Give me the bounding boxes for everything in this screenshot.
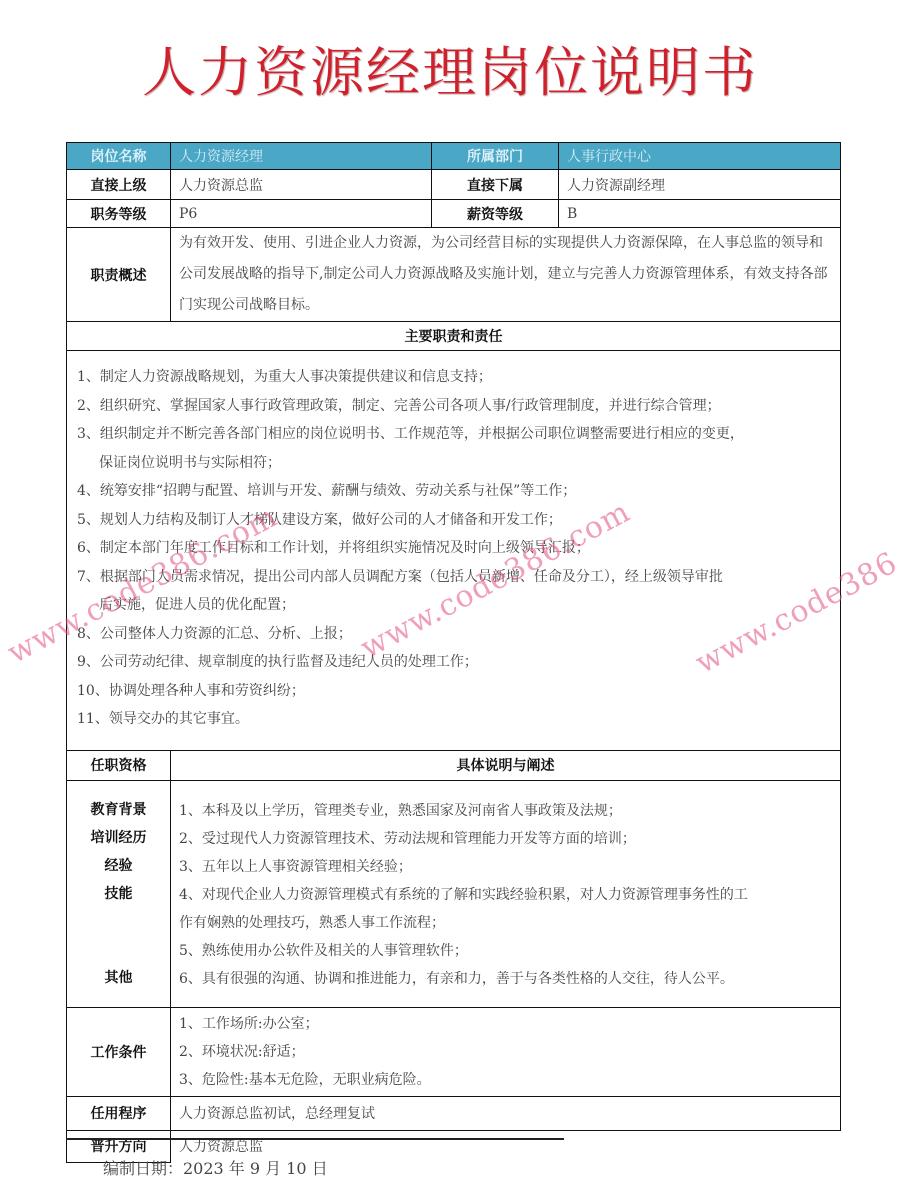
label-education: 教育背景 xyxy=(67,796,170,824)
direct-superior-value: 人力资源总监 xyxy=(171,170,432,200)
row-superior: 直接上级 人力资源总监 直接下属 人力资源副经理 xyxy=(67,170,841,200)
qualifications-header-right: 具体说明与阐述 xyxy=(171,750,841,780)
qualification-item: 4、对现代企业人力资源管理模式有系统的了解和实践经验积累，对人力资源管理事务性的… xyxy=(179,881,832,909)
label-skills: 技能 xyxy=(67,880,170,908)
duty-item: 2、组织研究、掌握国家人事行政管理政策，制定、完善公司各项人事/行政管理制度，并… xyxy=(77,392,830,421)
salary-grade-value: B xyxy=(559,200,841,228)
row-summary: 职责概述 为有效开发、使用、引进企业人力资源，为公司经营目标的实现提供人力资源保… xyxy=(67,228,841,322)
row-qualifications: 教育背景 培训经历 经验 技能 其他 1、本科及以上学历，管理类专业，熟悉国家及… xyxy=(67,780,841,1007)
hiring-procedure-label: 任用程序 xyxy=(67,1096,171,1130)
job-description-table: 岗位名称 人力资源经理 所属部门 人事行政中心 直接上级 人力资源总监 直接下属… xyxy=(66,142,841,1163)
qualifications-header-left: 任职资格 xyxy=(67,750,171,780)
duty-item: 10、协调处理各种人事和劳资纠纷； xyxy=(77,677,830,706)
duty-continuation-text: 后实施，促进人员的优化配置； xyxy=(77,591,830,620)
department-value: 人事行政中心 xyxy=(559,143,841,170)
label-other: 其他 xyxy=(67,964,170,992)
duty-item: 3、组织制定并不断完善各部门相应的岗位说明书、工作规范等，并根据公司职位调整需要… xyxy=(77,420,830,449)
duty-item: 1、制定人力资源战略规划，为重大人事决策提供建议和信息支持； xyxy=(77,363,830,392)
job-grade-label: 职务等级 xyxy=(67,200,171,228)
row-qualifications-header: 任职资格 具体说明与阐述 xyxy=(67,750,841,780)
duty-item: 7、根据部门人员需求情况，提出公司内部人员调配方案（包括人员新增、任命及分工），… xyxy=(77,563,830,592)
duty-continuation-text: 保证岗位说明书与实际相符； xyxy=(77,449,830,478)
qualification-item: 5、熟练使用办公软件及相关的人事管理软件； xyxy=(179,937,832,965)
duty-item: 8、公司整体人力资源的汇总、分析、上报； xyxy=(77,620,830,649)
work-condition-item: 3、危险性:基本无危险，无职业病危险。 xyxy=(179,1066,832,1094)
label-training: 培训经历 xyxy=(67,824,170,852)
footer-divider xyxy=(66,1138,564,1140)
label-experience: 经验 xyxy=(67,852,170,880)
duty-item-continuation: 保证岗位说明书与实际相符； xyxy=(77,449,830,478)
work-conditions-list: 1、工作场所:办公室； 2、环境状况:舒适； 3、危险性:基本无危险，无职业病危… xyxy=(171,1007,841,1096)
duty-item: 6、制定本部门年度工作目标和工作计划，并将组织实施情况及时向上级领导汇报； xyxy=(77,534,830,563)
duty-item: 11、领导交办的其它事宜。 xyxy=(77,705,830,734)
summary-label: 职责概述 xyxy=(67,228,171,322)
position-name-label: 岗位名称 xyxy=(67,143,171,170)
qualification-item: 3、五年以上人事资源管理相关经验； xyxy=(179,853,832,881)
duty-item: 4、统筹安排“招聘与配置、培训与开发、薪酬与绩效、劳动关系与社保”等工作； xyxy=(77,477,830,506)
row-hiring-procedure: 任用程序 人力资源总监初试，总经理复试 xyxy=(67,1096,841,1130)
duties-title: 主要职责和责任 xyxy=(67,322,841,351)
qualification-item: 6、具有很强的沟通、协调和推进能力，有亲和力，善于与各类性格的人交往，待人公平。 xyxy=(179,965,832,993)
position-name-value: 人力资源经理 xyxy=(171,143,432,170)
qualification-item: 1、本科及以上学历，管理类专业，熟悉国家及河南省人事政策及法规； xyxy=(179,797,832,825)
job-grade-value: P6 xyxy=(171,200,432,228)
salary-grade-label: 薪资等级 xyxy=(432,200,559,228)
row-duties-title: 主要职责和责任 xyxy=(67,322,841,351)
duty-item-continuation: 后实施，促进人员的优化配置； xyxy=(77,591,830,620)
label-spacer xyxy=(67,908,170,964)
compile-date: 编制日期：2023 年 9 月 10 日 xyxy=(103,1156,328,1179)
work-condition-item: 2、环境状况:舒适； xyxy=(179,1038,832,1066)
row-duties: 1、制定人力资源战略规划，为重大人事决策提供建议和信息支持； 2、组织研究、掌握… xyxy=(67,351,841,751)
qualification-list: 1、本科及以上学历，管理类专业，熟悉国家及河南省人事政策及法规； 2、受过现代人… xyxy=(171,780,841,1007)
work-conditions-label: 工作条件 xyxy=(67,1007,171,1096)
row-work-conditions: 工作条件 1、工作场所:办公室； 2、环境状况:舒适； 3、危险性:基本无危险，… xyxy=(67,1007,841,1096)
qualification-labels: 教育背景 培训经历 经验 技能 其他 xyxy=(67,780,171,1007)
qualification-item: 2、受过现代人力资源管理技术、劳动法规和管理能力开发等方面的培训； xyxy=(179,825,832,853)
direct-subordinate-value: 人力资源副经理 xyxy=(559,170,841,200)
qualification-item-continuation: 作有娴熟的处理技巧，熟悉人事工作流程； xyxy=(179,909,832,937)
department-label: 所属部门 xyxy=(432,143,559,170)
duty-item: 9、公司劳动纪律、规章制度的执行监督及违纪人员的处理工作； xyxy=(77,648,830,677)
work-condition-item: 1、工作场所:办公室； xyxy=(179,1010,832,1038)
hiring-procedure-value: 人力资源总监初试，总经理复试 xyxy=(171,1096,841,1130)
direct-superior-label: 直接上级 xyxy=(67,170,171,200)
document-title: 人力资源经理岗位说明书 xyxy=(0,30,900,107)
summary-text: 为有效开发、使用、引进企业人力资源，为公司经营目标的实现提供人力资源保障，在人事… xyxy=(171,228,841,322)
duties-list: 1、制定人力资源战略规划，为重大人事决策提供建议和信息支持； 2、组织研究、掌握… xyxy=(67,351,841,751)
direct-subordinate-label: 直接下属 xyxy=(432,170,559,200)
duty-item: 5、规划人力结构及制订人才梯队建设方案，做好公司的人才储备和开发工作； xyxy=(77,506,830,535)
row-grade: 职务等级 P6 薪资等级 B xyxy=(67,200,841,228)
row-position-name: 岗位名称 人力资源经理 所属部门 人事行政中心 xyxy=(67,143,841,170)
